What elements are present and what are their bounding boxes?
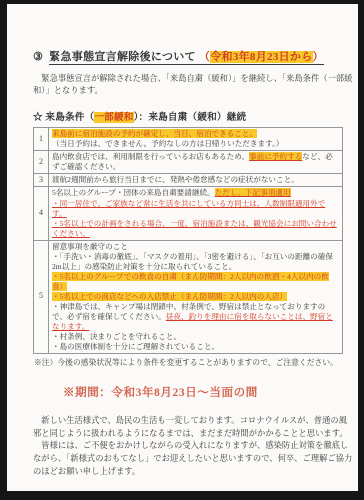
section-highlighted: 一部緩和: [94, 112, 133, 123]
row-content: 島内飲食店では、利用制限を行っているお店もあるため、事前に予約するなど、必ずご確…: [49, 150, 343, 173]
period-line: ※期間：令和3年8月23日～当面の間: [63, 384, 343, 400]
row-number: 3: [34, 173, 49, 187]
intro-paragraph: 緊急事態宣言が解除された場合、「来島自粛（緩和）」を継続し、「来島条件（一部緩和…: [33, 73, 355, 98]
table-row-3: 3 渡航2週間前から旅行当日までに、発熱や倦怠感などの症状がないこと。: [34, 173, 343, 187]
closing-paragraphs: 新しい生活様式で、島民の生活も一変しております。コロナウイルスが、普通の風邪と同…: [33, 415, 355, 479]
table-row-4: 4 5名以上のグループ・団体の来島自粛要請継続。ただし、下記事項適用 ・同一居住…: [34, 187, 343, 240]
table-row-1: 1 来島前に宿泊施設の予約が確定し、当日、宿泊できること。 （当日予約は、できま…: [34, 127, 343, 150]
row-content: 来島前に宿泊施設の予約が確定し、当日、宿泊できること。 （当日予約は、できません…: [49, 127, 343, 150]
row-content: 留意事項を厳守のこと ・「手洗い・消毒の徹底」、「マスクの着用」、「3密を避ける…: [49, 240, 343, 353]
title-text: 緊急事態宣言解除後について （令和3年8月23日から）: [49, 51, 324, 65]
table-row-5: 5 留意事項を厳守のこと ・「手洗い・消毒の徹底」、「マスクの着用」、「3密を避…: [34, 240, 343, 353]
conditions-table: 1 来島前に宿泊施設の予約が確定し、当日、宿泊できること。 （当日予約は、できま…: [33, 127, 343, 354]
document-page: ③緊急事態宣言解除後について （令和3年8月23日から） 緊急事態宣言が解除され…: [7, 4, 358, 491]
row-content: 5名以上のグループ・団体の来島自粛要請継続。ただし、下記事項適用 ・同一居住で、…: [49, 187, 343, 240]
footnote: ※注）今後の感染状況等により条件を変更することがありますので、ご注意ください。: [34, 357, 343, 368]
closing-paragraph-2: 皆様には、ご不便をおかけしながらの受入れになりますが、感染防止対策を徹底しながら…: [33, 440, 355, 479]
document-title: ③緊急事態宣言解除後について （令和3年8月23日から）: [33, 48, 343, 64]
table-row-2: 2 島内飲食店では、利用制限を行っているお店もあるため、事前に予約するなど、必ず…: [34, 150, 343, 173]
title-number: ③: [33, 51, 43, 63]
row-content: 渡航2週間前から旅行当日までに、発熱や倦怠感などの症状がないこと。: [49, 173, 343, 187]
title-highlighted-date: 令和3年8月23日から: [210, 51, 312, 63]
section-header: ☆ 来島条件（一部緩和）：来島自粛（緩和）継続: [33, 109, 343, 123]
row-number: 4: [34, 187, 49, 240]
row-number: 2: [34, 150, 49, 173]
star-icon: ☆: [33, 112, 43, 123]
row-number: 1: [34, 127, 49, 150]
row-number: 5: [34, 240, 49, 353]
closing-paragraph-1: 新しい生活様式で、島民の生活も一変しております。コロナウイルスが、普通の風邪と同…: [33, 415, 355, 441]
